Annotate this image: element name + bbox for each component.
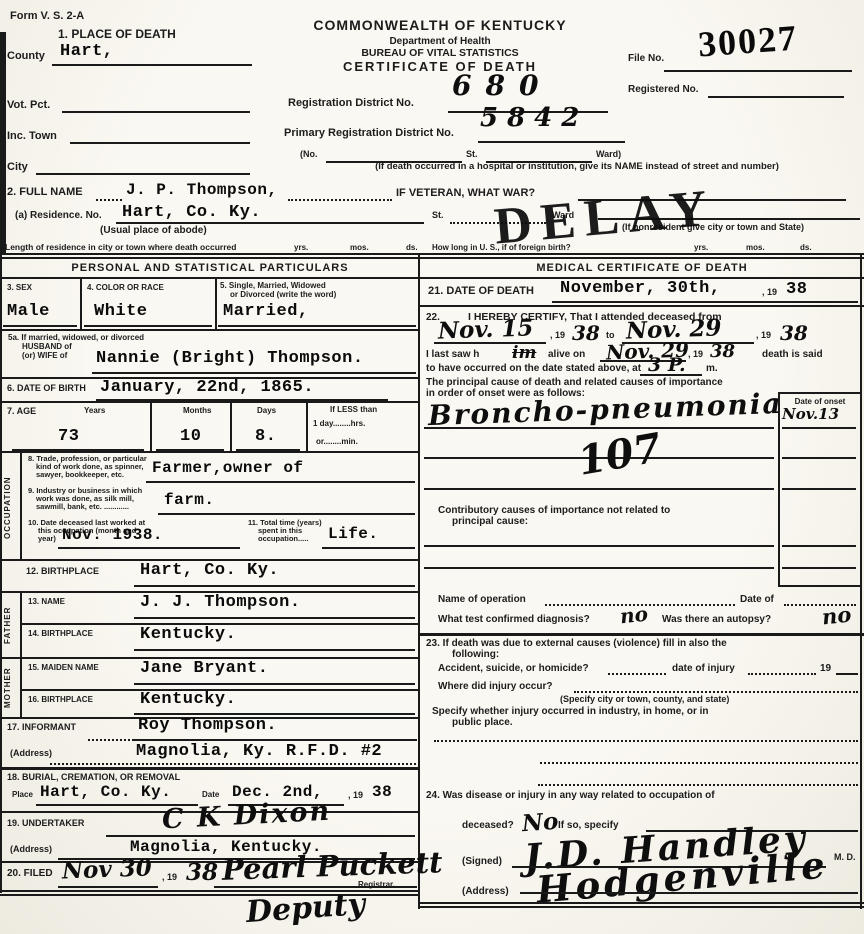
father-name-label: 13. NAME bbox=[28, 597, 65, 606]
birthplace-label: 12. BIRTHPLACE bbox=[26, 566, 99, 576]
autopsy-value: no bbox=[821, 603, 853, 630]
informant-addr-value: Magnolia, Ky. R.F.D. #2 bbox=[136, 742, 382, 762]
burial-year-19: , 19 bbox=[348, 790, 363, 800]
top-rule-1 bbox=[0, 253, 864, 255]
sex-line bbox=[3, 325, 77, 327]
where-injury-leader bbox=[574, 691, 858, 693]
bureau-subtitle: BUREAU OF VITAL STATISTICS bbox=[290, 47, 590, 59]
row6-rule bbox=[0, 401, 419, 403]
registration-district-value: 680 bbox=[452, 70, 552, 102]
occupation-side-label: OCCUPATION bbox=[3, 462, 12, 554]
spouse-line bbox=[92, 372, 416, 374]
specify-city-note: (Specify city or town, county, and state… bbox=[560, 694, 729, 704]
trade-value: Farmer,owner of bbox=[152, 459, 304, 477]
from-year-value: 38 bbox=[572, 322, 600, 345]
q24-label: 24. Was disease or injury in any way rel… bbox=[426, 790, 715, 802]
mother-bp-value: Kentucky. bbox=[140, 690, 236, 710]
mother-bp-line bbox=[134, 713, 415, 715]
q23-label-1: 23. If death was due to external causes … bbox=[426, 638, 727, 650]
dod-label: 21. DATE OF DEATH bbox=[428, 285, 534, 298]
burial-label: 18. BURIAL, CREMATION, OR REMOVAL bbox=[7, 772, 180, 782]
marital-label-1: 5. Single, Married, Widowed bbox=[220, 281, 326, 290]
registered-no-label: Registered No. bbox=[628, 84, 699, 96]
m-label: m. bbox=[706, 363, 718, 375]
inc-town-label: Inc. Town bbox=[7, 130, 57, 143]
from-year-19: , 19 bbox=[550, 330, 565, 340]
contributory-label-2: principal cause: bbox=[452, 516, 528, 528]
if-less-label: If LESS than bbox=[330, 405, 377, 414]
onset-box-left-border bbox=[778, 392, 780, 585]
mother-divider bbox=[20, 657, 22, 717]
sex-value: Male bbox=[7, 302, 50, 322]
dod-line bbox=[552, 301, 858, 303]
row21-rule bbox=[419, 305, 864, 307]
onset-line-1 bbox=[782, 427, 856, 429]
death-said-label: death is said bbox=[762, 349, 823, 361]
informant-line bbox=[132, 739, 417, 741]
cause-line-1 bbox=[424, 427, 774, 429]
specify-whether-leader bbox=[434, 740, 858, 742]
test-label: What test confirmed diagnosis? bbox=[438, 614, 590, 626]
attended-from-value: Nov. 15 bbox=[438, 315, 534, 345]
left-edge-bar bbox=[0, 32, 6, 254]
ward-label: Ward) bbox=[596, 149, 621, 159]
primary-registration-label: Primary Registration District No. bbox=[284, 127, 454, 140]
informant-value: Roy Thompson. bbox=[138, 716, 277, 736]
medical-section-title: MEDICAL CERTIFICATE OF DEATH bbox=[430, 262, 854, 275]
age-divider-3 bbox=[306, 401, 308, 451]
mother-bp-label: 16. BIRTHPLACE bbox=[28, 695, 93, 704]
dod-year-19: , 19 bbox=[762, 287, 777, 297]
onset-line-2 bbox=[782, 457, 856, 459]
last-worked-value: Nov. 1938. bbox=[62, 526, 163, 544]
months-label: Months bbox=[183, 406, 211, 415]
full-name-label: 2. FULL NAME bbox=[7, 186, 83, 199]
wife-label: (or) WIFE of bbox=[22, 351, 67, 360]
right-bottom-rule-2 bbox=[419, 906, 864, 908]
deceased-value: No bbox=[521, 809, 559, 838]
contributory-label-1: Contributory causes of importance not re… bbox=[438, 505, 670, 517]
husband-label: HUSBAND of bbox=[22, 342, 72, 351]
sex-color-divider bbox=[80, 277, 82, 329]
date-injury-label: date of injury bbox=[672, 663, 735, 675]
operation-label: Name of operation bbox=[438, 594, 526, 606]
informant-addr-leader bbox=[50, 763, 416, 765]
contributory-line-2 bbox=[424, 567, 774, 569]
color-marital-divider bbox=[215, 277, 217, 329]
md-label: M. D. bbox=[834, 852, 856, 862]
onset-line-5 bbox=[782, 567, 856, 569]
mother-name-label: 15. MAIDEN NAME bbox=[28, 663, 99, 672]
burial-year-value: 38 bbox=[372, 783, 392, 801]
color-label: 4. COLOR OR RACE bbox=[87, 283, 164, 292]
dob-label: 6. DATE OF BIRTH bbox=[7, 383, 86, 393]
last-worked-label-3: year) bbox=[38, 535, 56, 544]
trade-label-3: sawyer, bookkeeper, etc. bbox=[36, 471, 124, 480]
age-months-value: 10 bbox=[180, 427, 201, 447]
undertaker-addr-label: (Address) bbox=[10, 844, 52, 854]
undertaker-label: 19. UNDERTAKER bbox=[7, 818, 84, 828]
form-number: Form V. S. 2-A bbox=[10, 10, 84, 23]
physician-addr-label: (Address) bbox=[462, 886, 509, 898]
nature-leader bbox=[538, 784, 858, 786]
informant-addr-label: (Address) bbox=[10, 748, 52, 758]
last-worked-line bbox=[58, 547, 240, 549]
total-time-value: Life. bbox=[328, 525, 379, 543]
onset-line-4 bbox=[782, 545, 856, 547]
to-label: to bbox=[606, 330, 615, 340]
death-time-line bbox=[640, 374, 702, 376]
occupation-divider bbox=[20, 451, 22, 559]
left-title-rule bbox=[0, 277, 419, 279]
yrs-label-1: yrs. bbox=[294, 243, 308, 252]
cause-code-value: 107 bbox=[575, 425, 665, 485]
file-no-line bbox=[664, 70, 852, 72]
age-divider-1 bbox=[150, 401, 152, 451]
abode-note: (Usual place of abode) bbox=[100, 225, 207, 237]
burial-place-label: Place bbox=[12, 790, 33, 799]
injury-year-line bbox=[836, 673, 858, 675]
row5-rule bbox=[0, 329, 419, 331]
informant-leader bbox=[88, 739, 130, 741]
county-label: County bbox=[7, 50, 45, 63]
deceased-label: deceased? bbox=[462, 820, 514, 832]
undertaker-line bbox=[106, 835, 415, 837]
industry-line bbox=[158, 513, 415, 515]
length-residence-label: Length of residence in city or town wher… bbox=[5, 243, 236, 253]
onset-line-3 bbox=[782, 488, 856, 490]
or-min-label: or........min. bbox=[316, 437, 358, 446]
top-rule-2 bbox=[0, 257, 864, 259]
vot-pct-label: Vot. Pct. bbox=[7, 99, 50, 112]
date-injury-leader bbox=[748, 673, 816, 675]
file-no-value: 30027 bbox=[697, 17, 800, 66]
birthplace-value: Hart, Co. Ky. bbox=[140, 561, 279, 581]
dod-year-value: 38 bbox=[786, 280, 807, 300]
trade-line bbox=[146, 481, 415, 483]
mos-label-1: mos. bbox=[350, 243, 369, 252]
color-value: White bbox=[94, 302, 148, 322]
mother-side-label: MOTHER bbox=[3, 663, 12, 713]
outer-left-border bbox=[0, 253, 2, 893]
to-year-19: , 19 bbox=[756, 330, 771, 340]
where-injury-label: Where did injury occur? bbox=[438, 681, 552, 693]
father-name-value: J. J. Thompson. bbox=[140, 593, 301, 613]
undertaker-signature: C K Dixon bbox=[161, 796, 332, 836]
filed-year-value: 38 bbox=[186, 860, 218, 886]
father-bp-value: Kentucky. bbox=[140, 625, 236, 645]
sex-label: 3. SEX bbox=[7, 283, 32, 292]
informant-bottom-rule bbox=[0, 767, 419, 770]
dob-value: January, 22nd, 1865. bbox=[100, 378, 314, 398]
personal-section-title: PERSONAL AND STATISTICAL PARTICULARS bbox=[10, 262, 410, 275]
test-value: no bbox=[619, 603, 649, 629]
registrar-line bbox=[214, 886, 417, 888]
commonwealth-title: COMMONWEALTH OF KENTUCKY bbox=[290, 17, 590, 33]
primary-registration-value: 5842 bbox=[480, 104, 588, 134]
county-value: Hart, bbox=[60, 42, 114, 62]
manner-leader bbox=[540, 762, 858, 764]
burial-date-label: Date bbox=[202, 790, 219, 799]
color-line bbox=[84, 325, 212, 327]
registered-no-line bbox=[708, 96, 844, 98]
filed-year-19: , 19 bbox=[162, 872, 177, 882]
city-blank-line bbox=[36, 173, 250, 175]
spouse-label: 5a. If married, widowed, or divorced bbox=[8, 333, 144, 342]
accident-label: Accident, suicide, or homicide? bbox=[438, 663, 589, 675]
county-blank-line bbox=[52, 64, 252, 66]
ds-label-1: ds. bbox=[406, 243, 418, 252]
last-saw-year-value: 38 bbox=[710, 342, 735, 363]
onset-box-bottom-border bbox=[778, 585, 860, 587]
injury-year-19: 19 bbox=[820, 663, 831, 675]
dod-value: November, 30th, bbox=[560, 279, 721, 299]
no-paren-label: (No. bbox=[300, 149, 318, 159]
informant-label: 17. INFORMANT bbox=[7, 722, 76, 732]
him-value: im bbox=[512, 344, 536, 364]
accident-leader bbox=[608, 673, 666, 675]
residence-line bbox=[116, 222, 424, 224]
full-name-leader bbox=[96, 199, 122, 201]
last-saw-label: I last saw h bbox=[426, 349, 479, 361]
row22-bottom-rule bbox=[419, 633, 864, 636]
one-day-label: 1 day........hrs. bbox=[313, 419, 365, 428]
physician-addr-line bbox=[520, 892, 858, 894]
date-of-label: Date of bbox=[740, 594, 774, 606]
principal-label-1: The principal cause of death and related… bbox=[426, 377, 723, 389]
onset-date-value: Nov.13 bbox=[782, 406, 839, 423]
total-time-line bbox=[322, 547, 415, 549]
father-bp-line bbox=[134, 649, 415, 651]
right-bottom-rule-1 bbox=[419, 902, 864, 904]
age-days-value: 8. bbox=[255, 427, 276, 447]
spouse-value: Nannie (Bright) Thompson. bbox=[96, 349, 364, 369]
department-subtitle: Department of Health bbox=[290, 36, 590, 48]
father-name-line bbox=[134, 617, 415, 619]
marital-label-2: or Divorced (write the word) bbox=[230, 290, 336, 299]
last-saw-year-19: , 19 bbox=[688, 349, 703, 359]
alive-on-label: alive on bbox=[548, 349, 585, 361]
place-of-death-heading: 1. PLACE OF DEATH bbox=[58, 28, 176, 42]
city-label: City bbox=[7, 161, 28, 174]
registrar-signature: Pearl Puckett bbox=[221, 846, 443, 887]
mother-name-value: Jane Bryant. bbox=[140, 659, 268, 679]
marital-line bbox=[218, 325, 416, 327]
age-label: 7. AGE bbox=[7, 406, 36, 416]
inc-town-blank-line bbox=[70, 142, 250, 144]
deputy-signature: Deputy bbox=[245, 888, 366, 931]
residence-value: Hart, Co. Ky. bbox=[122, 203, 261, 223]
filed-label: 20. FILED bbox=[7, 868, 53, 880]
row7-rule bbox=[0, 451, 419, 453]
ds-label-2: ds. bbox=[800, 243, 812, 252]
full-name-leader-2 bbox=[288, 199, 392, 201]
signed-label: (Signed) bbox=[462, 856, 502, 868]
age-years-value: 73 bbox=[58, 427, 79, 447]
contributory-line-1 bbox=[424, 545, 774, 547]
yrs-label-2: yrs. bbox=[694, 243, 708, 252]
days-label: Days bbox=[257, 406, 276, 415]
industry-value: farm. bbox=[164, 491, 215, 509]
residence-label: (a) Residence. No. bbox=[15, 210, 102, 222]
mos-label-2: mos. bbox=[746, 243, 765, 252]
outer-right-border bbox=[860, 253, 862, 909]
onset-box-top-border bbox=[778, 392, 860, 394]
filed-date-value: Nov 30 bbox=[62, 855, 153, 885]
hospital-note: (If death occurred in a hospital or inst… bbox=[294, 162, 860, 173]
cause-line-3 bbox=[424, 488, 774, 490]
st-label: St. bbox=[466, 149, 478, 159]
file-no-label: File No. bbox=[628, 53, 664, 65]
residence-st-label: St. bbox=[432, 210, 444, 220]
marital-value: Married, bbox=[223, 302, 309, 322]
registration-district-label: Registration District No. bbox=[288, 97, 414, 110]
total-time-label-3: occupation..... bbox=[258, 535, 308, 544]
years-label: Years bbox=[84, 406, 105, 415]
to-year-value: 38 bbox=[780, 322, 808, 345]
occurred-label: to have occurred on the date stated abov… bbox=[426, 363, 641, 375]
mother-name-line bbox=[134, 683, 415, 685]
specify-whether-label-1: Specify whether injury occurred in indus… bbox=[432, 706, 709, 718]
vot-pct-blank-line bbox=[62, 111, 250, 113]
if-so-label: If so, specify bbox=[558, 820, 619, 832]
father-bp-label: 14. BIRTHPLACE bbox=[28, 629, 93, 638]
age-divider-2 bbox=[230, 401, 232, 451]
father-side-label: FATHER bbox=[3, 598, 12, 652]
q23-label-2: following: bbox=[452, 649, 499, 661]
primary-registration-line bbox=[478, 141, 625, 143]
death-certificate-scan: Form V. S. 2-A 1. PLACE OF DEATH County … bbox=[0, 0, 864, 934]
filed-date-line bbox=[58, 886, 158, 888]
autopsy-label: Was there an autopsy? bbox=[662, 614, 771, 626]
specify-whether-label-2: public place. bbox=[452, 717, 513, 729]
full-name-value: J. P. Thompson, bbox=[126, 181, 278, 199]
industry-label-3: sawmill, bank, etc. ............ bbox=[36, 503, 129, 512]
birthplace-line bbox=[134, 585, 415, 587]
burial-place-value: Hart, Co. Ky. bbox=[40, 783, 171, 801]
